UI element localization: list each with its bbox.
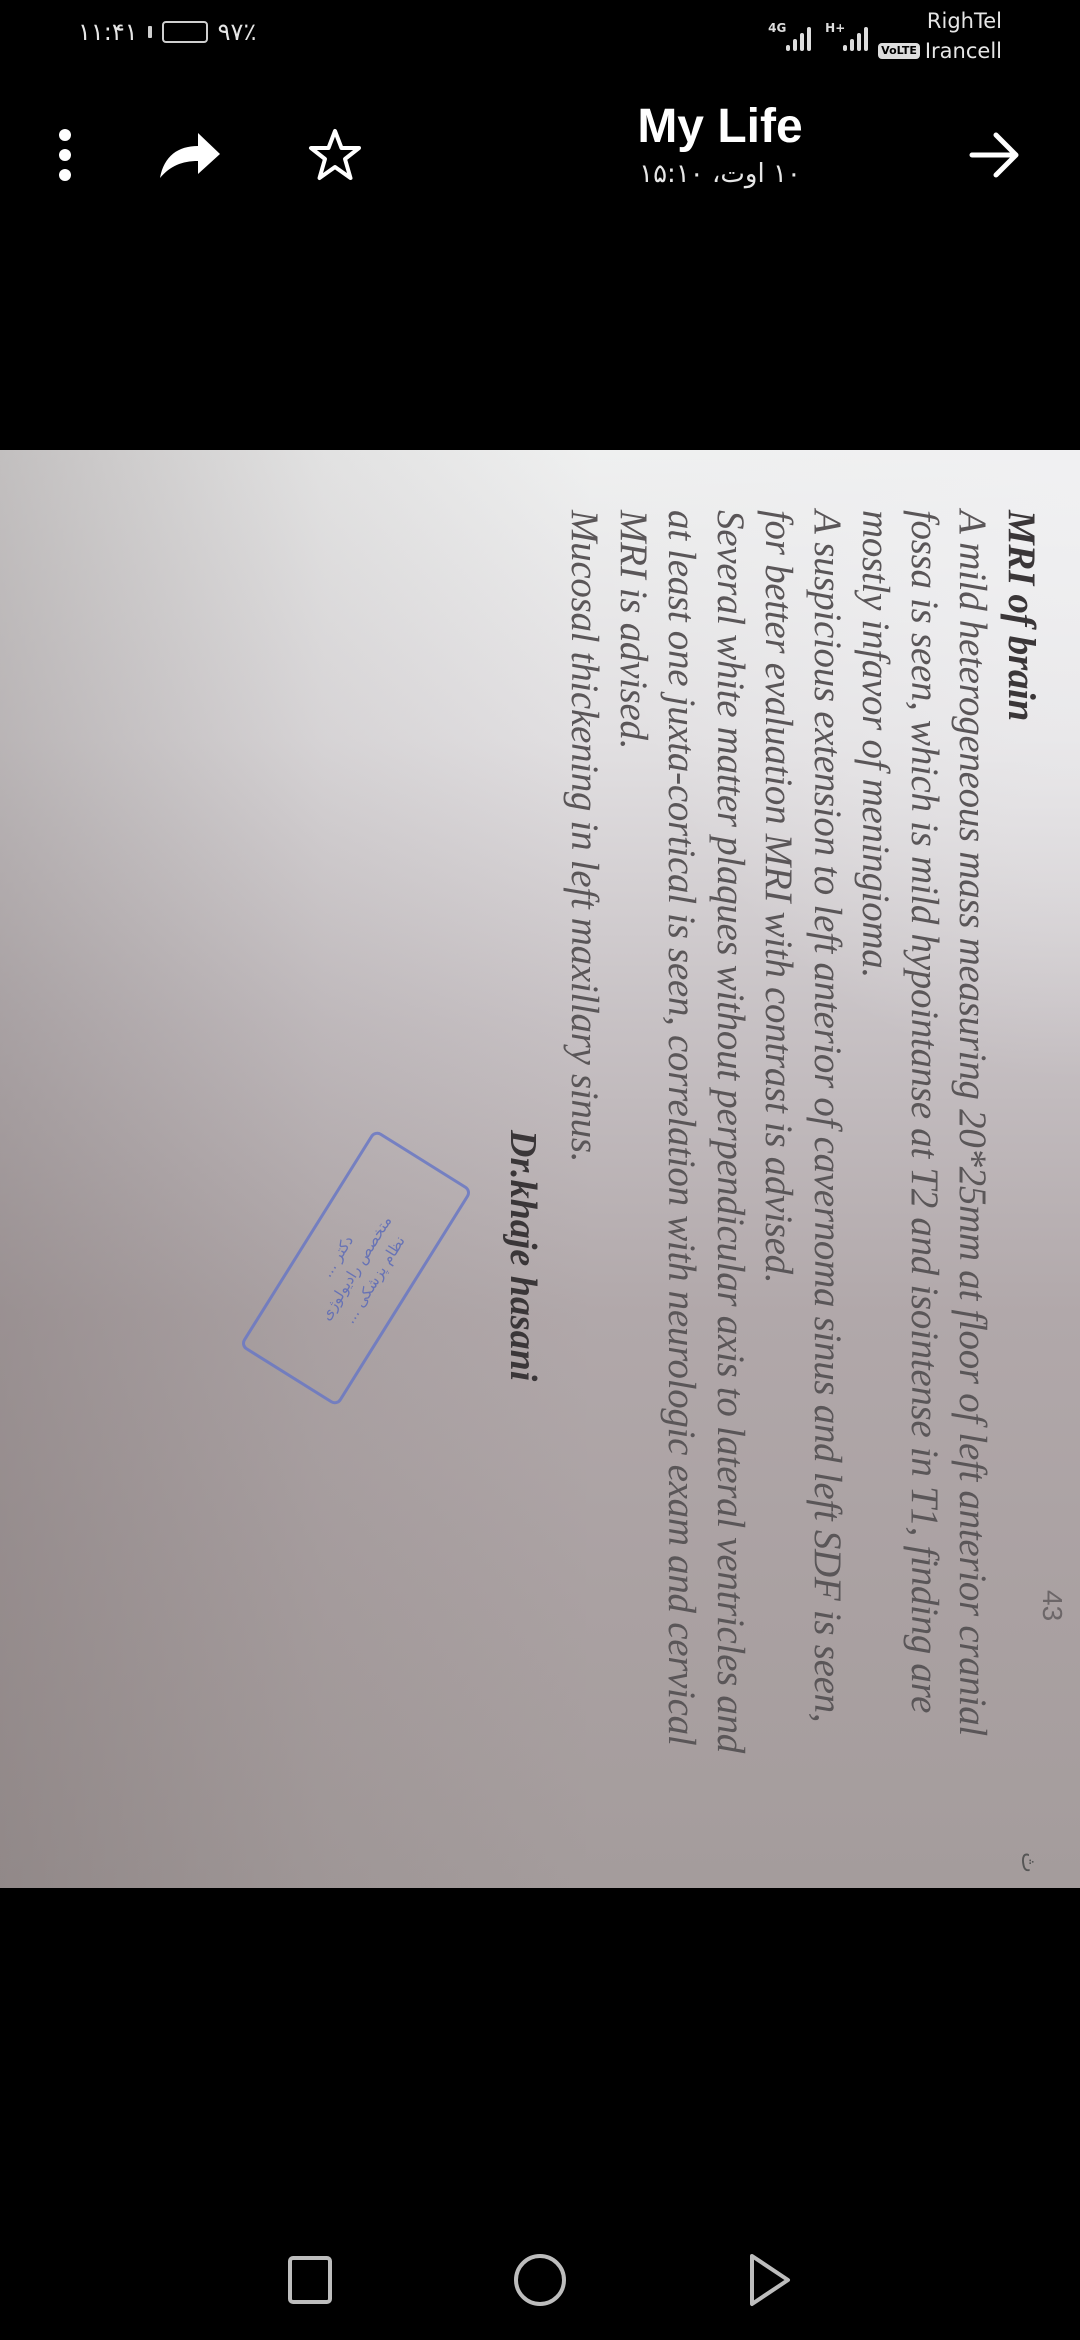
carrier-2: Irancell [925,36,1002,66]
carrier-names: RighTel VoLTE Irancell [878,6,1002,66]
battery-icon [162,21,208,43]
document-text: MRI of brain A mild heterogeneous mass m… [560,510,1045,1888]
doctor-stamp: دکتر ... متخصص رادیولوژی نظام پزشکی ... [239,1129,473,1408]
album-title: My Life [570,98,870,156]
recent-apps-button[interactable] [270,2245,350,2315]
page-number: 43 [1036,1590,1068,1621]
back-button[interactable] [960,120,1030,190]
system-nav-bar [0,2200,1080,2340]
battery-percent: ۹۷٪ [218,18,257,46]
signal-icon-1: 4G [784,21,811,51]
doctor-signature: Dr.khaje hasani [501,1130,545,1381]
more-options-button[interactable] [30,120,100,190]
document-line: MRI is advised. [609,510,658,1888]
document-line: for better evaluation MRI with contrast … [754,510,803,1888]
title-block: My Life ۱۰ اوت، ۱۵:۱۰ [570,98,870,192]
favorite-button[interactable] [300,120,370,190]
back-icon [746,2252,794,2308]
share-forward-icon [158,130,222,180]
document-line: at least one juxta-cortical is seen, cor… [657,510,706,1888]
star-icon [307,128,363,182]
signal-icon-2: H+ [841,21,868,51]
network-type-2: H+ [825,21,845,35]
more-vertical-icon [55,127,75,183]
photo-viewer[interactable]: MRI of brain A mild heterogeneous mass m… [0,450,1080,1888]
document-heading: MRI of brain [997,510,1046,1888]
document-line: mostly infavor of meningioma. [851,510,900,1888]
home-icon [512,2252,568,2308]
document-line: Mucosal thickening in left maxillary sin… [560,510,609,1888]
status-bar: ۱۱:۴۱ ۹۷٪ 4G H+ RighTel VoLTE Irancell [0,0,1080,80]
nav-back-button[interactable] [730,2245,810,2315]
document-line: Several white matter plaques without per… [706,510,755,1888]
clock: ۱۱:۴۱ [78,18,138,46]
app-header: My Life ۱۰ اوت، ۱۵:۱۰ [0,90,1080,220]
document-line: A mild heterogeneous mass measuring 20*2… [948,510,997,1888]
status-right: 4G H+ RighTel VoLTE Irancell [768,6,1002,66]
arrow-right-icon [968,131,1022,179]
status-left: ۱۱:۴۱ ۹۷٪ [78,18,256,46]
volte-badge: VoLTE [878,43,920,59]
battery-nub [148,26,152,38]
share-button[interactable] [155,120,225,190]
document-line: fossa is seen, which is mild hypointanse… [900,510,949,1888]
recent-apps-icon [286,2255,334,2305]
carrier-1: RighTel [927,6,1002,36]
corner-mark: ث [1016,1852,1041,1873]
home-button[interactable] [500,2245,580,2315]
network-type-1: 4G [768,21,786,35]
photo-date: ۱۰ اوت، ۱۵:۱۰ [570,156,870,192]
document-line: A suspicious extension to left anterior … [803,510,852,1888]
